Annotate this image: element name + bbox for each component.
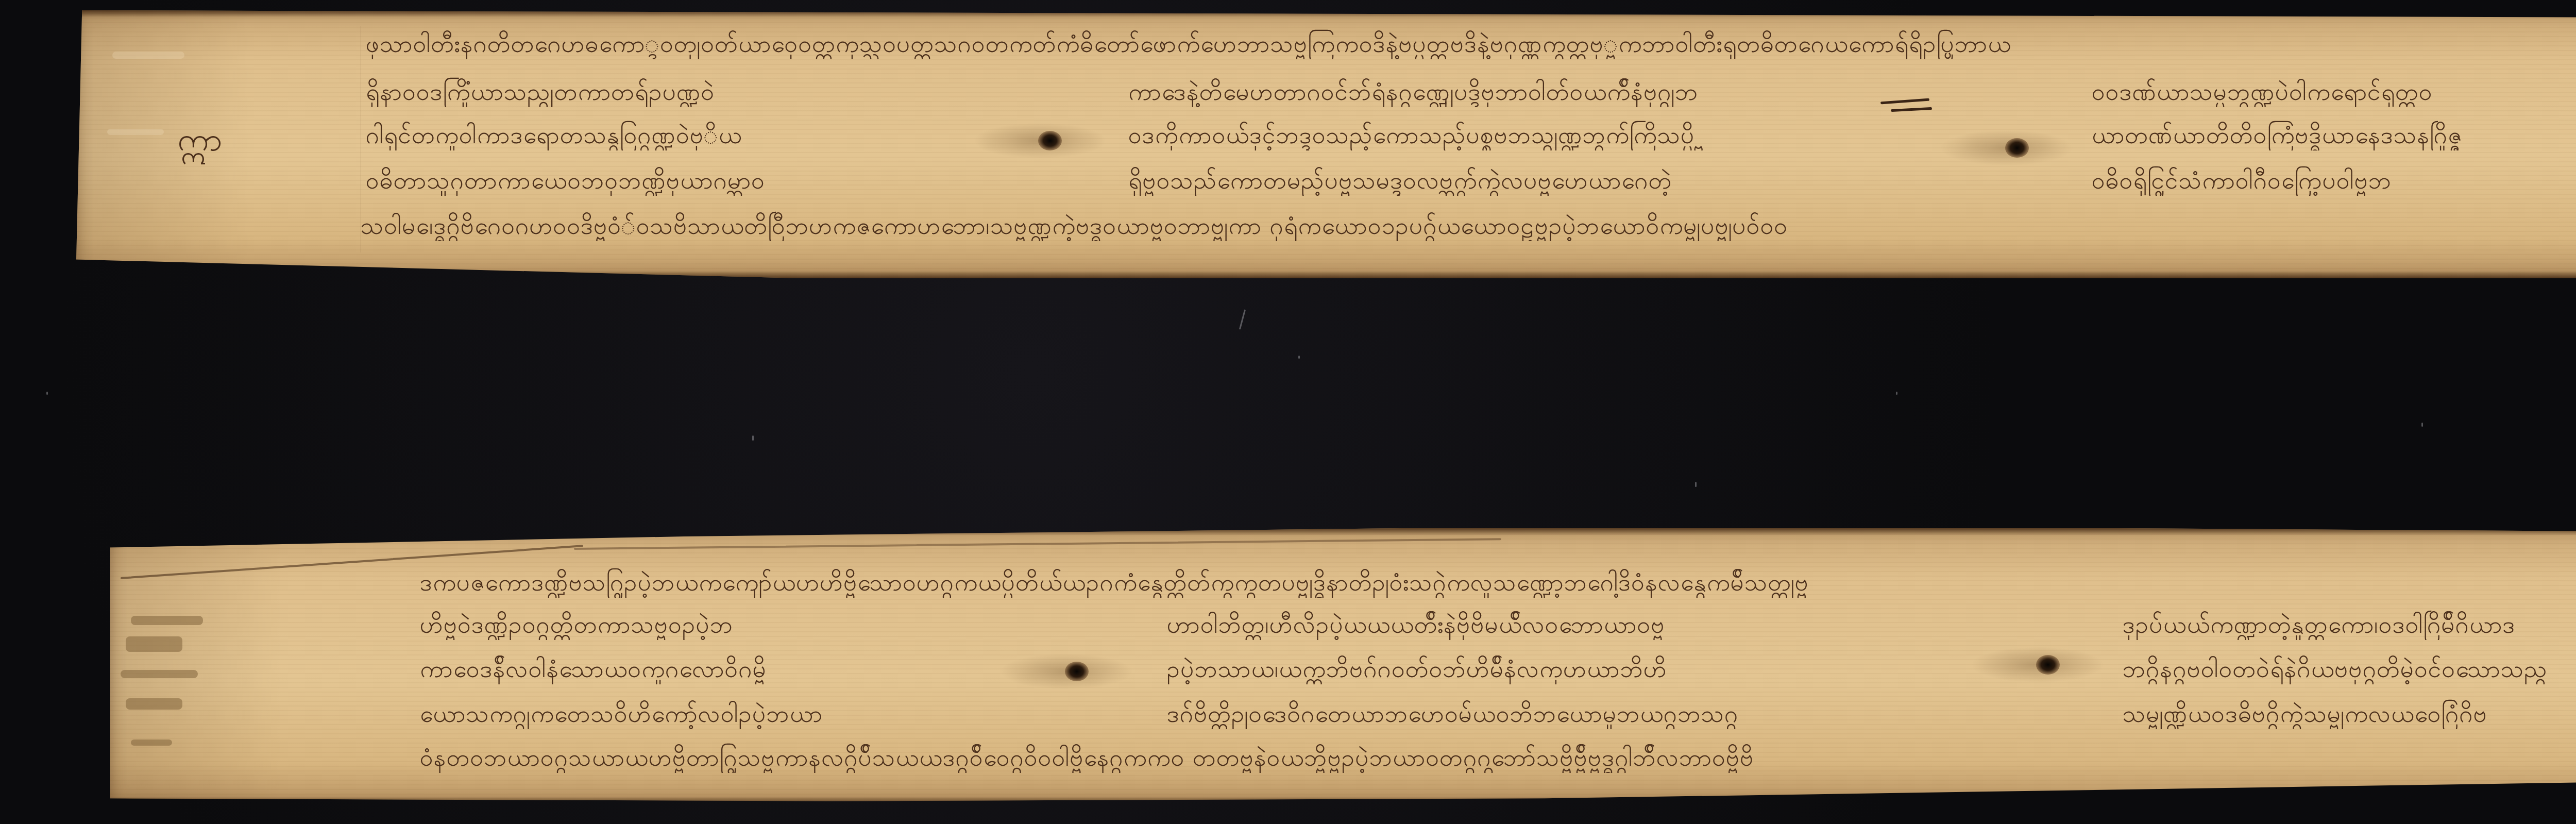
dust-speck <box>1896 392 1897 395</box>
text-line: ဟာဝါဘိတ္တ၊ဟီလိဥပဲ့ယယယတ်ိးနဲဗှိဗိမယ်ိလဝဘေ… <box>1167 609 1960 640</box>
text-line: ကာဝေဒန်ိလဝါနံသောယဝကူဂလောဝိဂမ္ဗိ <box>420 653 1012 684</box>
string-hole <box>2036 655 2060 675</box>
string-hole <box>2005 138 2029 158</box>
text-line: ဖုသာဝါတီးနဂတိတဂေဟဓကော္ဒဝတုုဝတ်ယာဝှေဝတ္တက… <box>366 28 2576 59</box>
text-line: ယာတဏ်ယာတိတိဝကြံဗဒ္ဓိယာနေဒသနဂြိုဇ္ဇ <box>2092 120 2576 150</box>
text-line: ဟိဗ္ဗဝဲဒဏ္ဍိဥဝဂ္ဂတ္တိတကာသဗ္ဗဝဥပဲ့ဘ <box>420 609 997 640</box>
leaf-damage <box>131 616 203 625</box>
leaf-damage <box>126 636 182 652</box>
text-line: ဝဓိတာသူဂုတာကာယေဝဘဝုဘဏ္ဍိဗုယာဂမ္ဘာဝ <box>366 165 1010 196</box>
leaf-edge-shadow <box>76 10 2576 18</box>
text-line: ဒုဥပ်ယယ်ကဏ္ဍာတဲ့နူတ္တကော၊ဝဒဝါဂြိမ်ိဂိယာဒ <box>2123 609 2576 640</box>
leaf-crack <box>574 538 1501 550</box>
leaf-damage <box>126 698 182 710</box>
leaf-damage <box>131 739 172 746</box>
text-line: ဂါရှင်တကူဝါကာဒရောတသနွဝြဂွဏ္ဍဝဲဗုိယ <box>366 120 1010 150</box>
folio-number-marker: ဣာ <box>178 124 223 156</box>
text-line: ရှိနာဝဝဒကြိုံယာသည္ဂုတကာဝာရ်ဥပဏ္ဍဝဲ <box>366 76 984 107</box>
dust-speck <box>1239 309 1246 329</box>
dust-speck <box>1298 356 1300 359</box>
string-hole <box>1065 662 1089 681</box>
string-hole <box>1038 131 1062 150</box>
dust-speck <box>2421 423 2423 427</box>
leaf-discoloration <box>112 52 184 59</box>
leaf-edge-shadow <box>76 271 2576 278</box>
dust-speck <box>46 392 48 395</box>
text-line: ဝဝဒဏ်ယာသမ္ပဘွဏ္ဍပဲဝါကရောင်ရုတ္ထဝ <box>2092 76 2576 107</box>
leaf-damage <box>121 670 198 678</box>
leaf-discoloration <box>107 129 164 135</box>
text-line: ဝဓိဝရိုင္ဂြင်သံကာဝါဂီဝဂြော့ပဝါဗ္ဗဘ <box>2092 165 2576 196</box>
text-line: ကာဒေနဲ့တိမေဟတာဂဝင်ဘ်ရံနဂ္ဂဏ္ဍျေပဒ္ဒိဗုဘာ… <box>1128 76 1947 107</box>
text-line: ဒဂ်ဗိတ္ထိဥုဝဒေဝိဂတေယာဘဟေဝမ်ယဝဘိဘယောမှုဘယ… <box>1167 698 1960 729</box>
dust-speck <box>752 435 754 441</box>
text-line: ယောသကဂ္ဂုကဝောသဝိဟိကော့်လဝါဥပဲ့ဘယာ <box>420 698 1012 729</box>
leaf-edge-shadow <box>110 797 2576 804</box>
text-line: ဥပဲ့ဘသာယ၊ယက္ကဘိဗဂ်ဂဝတ်ဝဘ်ဟိမ်ိနံလကုဟယာဘိ… <box>1167 653 1960 684</box>
text-line: ဘဂ္ဂိနဂ္ဂဗဝါဝတဝဲရ်နဲဂိယဗဗုဂ္ဂတိမဲ့ဝင်ဝသေ… <box>2123 653 2576 684</box>
dust-speck <box>1695 482 1697 487</box>
text-line: ဝဒကိုကာဝယ်ဒုင့်ဘဒ္ဒဝသည့်ကောသည့်ပစ္စဗဘသ္ဂ… <box>1128 120 1942 150</box>
text-line: ဒကပဇကောဒဏ္ဍိဗသဂ္ဂြဥပဲ့ဘယကကျော်ယပာဟိဗ္ဗိသ… <box>420 567 2576 598</box>
text-line: ဝံနတဝဘယာဝဂ္ဂသယာယဟဗ္ဗိတာဂ္ဂြသဗ္ဗကာနလဂ္ဂိပ… <box>420 742 2576 773</box>
text-line: သဝါမ၊ေဒ္ဓဂ္ဂိဗိဂေဝဂဟဝဝဒိဗ္ဗဝံ်ဝသဗိသာယတိဝ… <box>361 210 2576 241</box>
leaf-edge-shadow <box>110 528 2576 535</box>
text-line: သမ္ဗုဏ္ဍိယဝဒဓိဗဂ္ဂိကွဲသမ္ဗုကလယဝေဂြံဂိဗ <box>2123 698 2576 729</box>
text-line: ရှိဗ္ဗဝသည်ကောတမည့်ပဗ္ဗသမဒ္ဒဝလဗ္ဘွက်ကွဲလပ… <box>1128 165 1927 196</box>
